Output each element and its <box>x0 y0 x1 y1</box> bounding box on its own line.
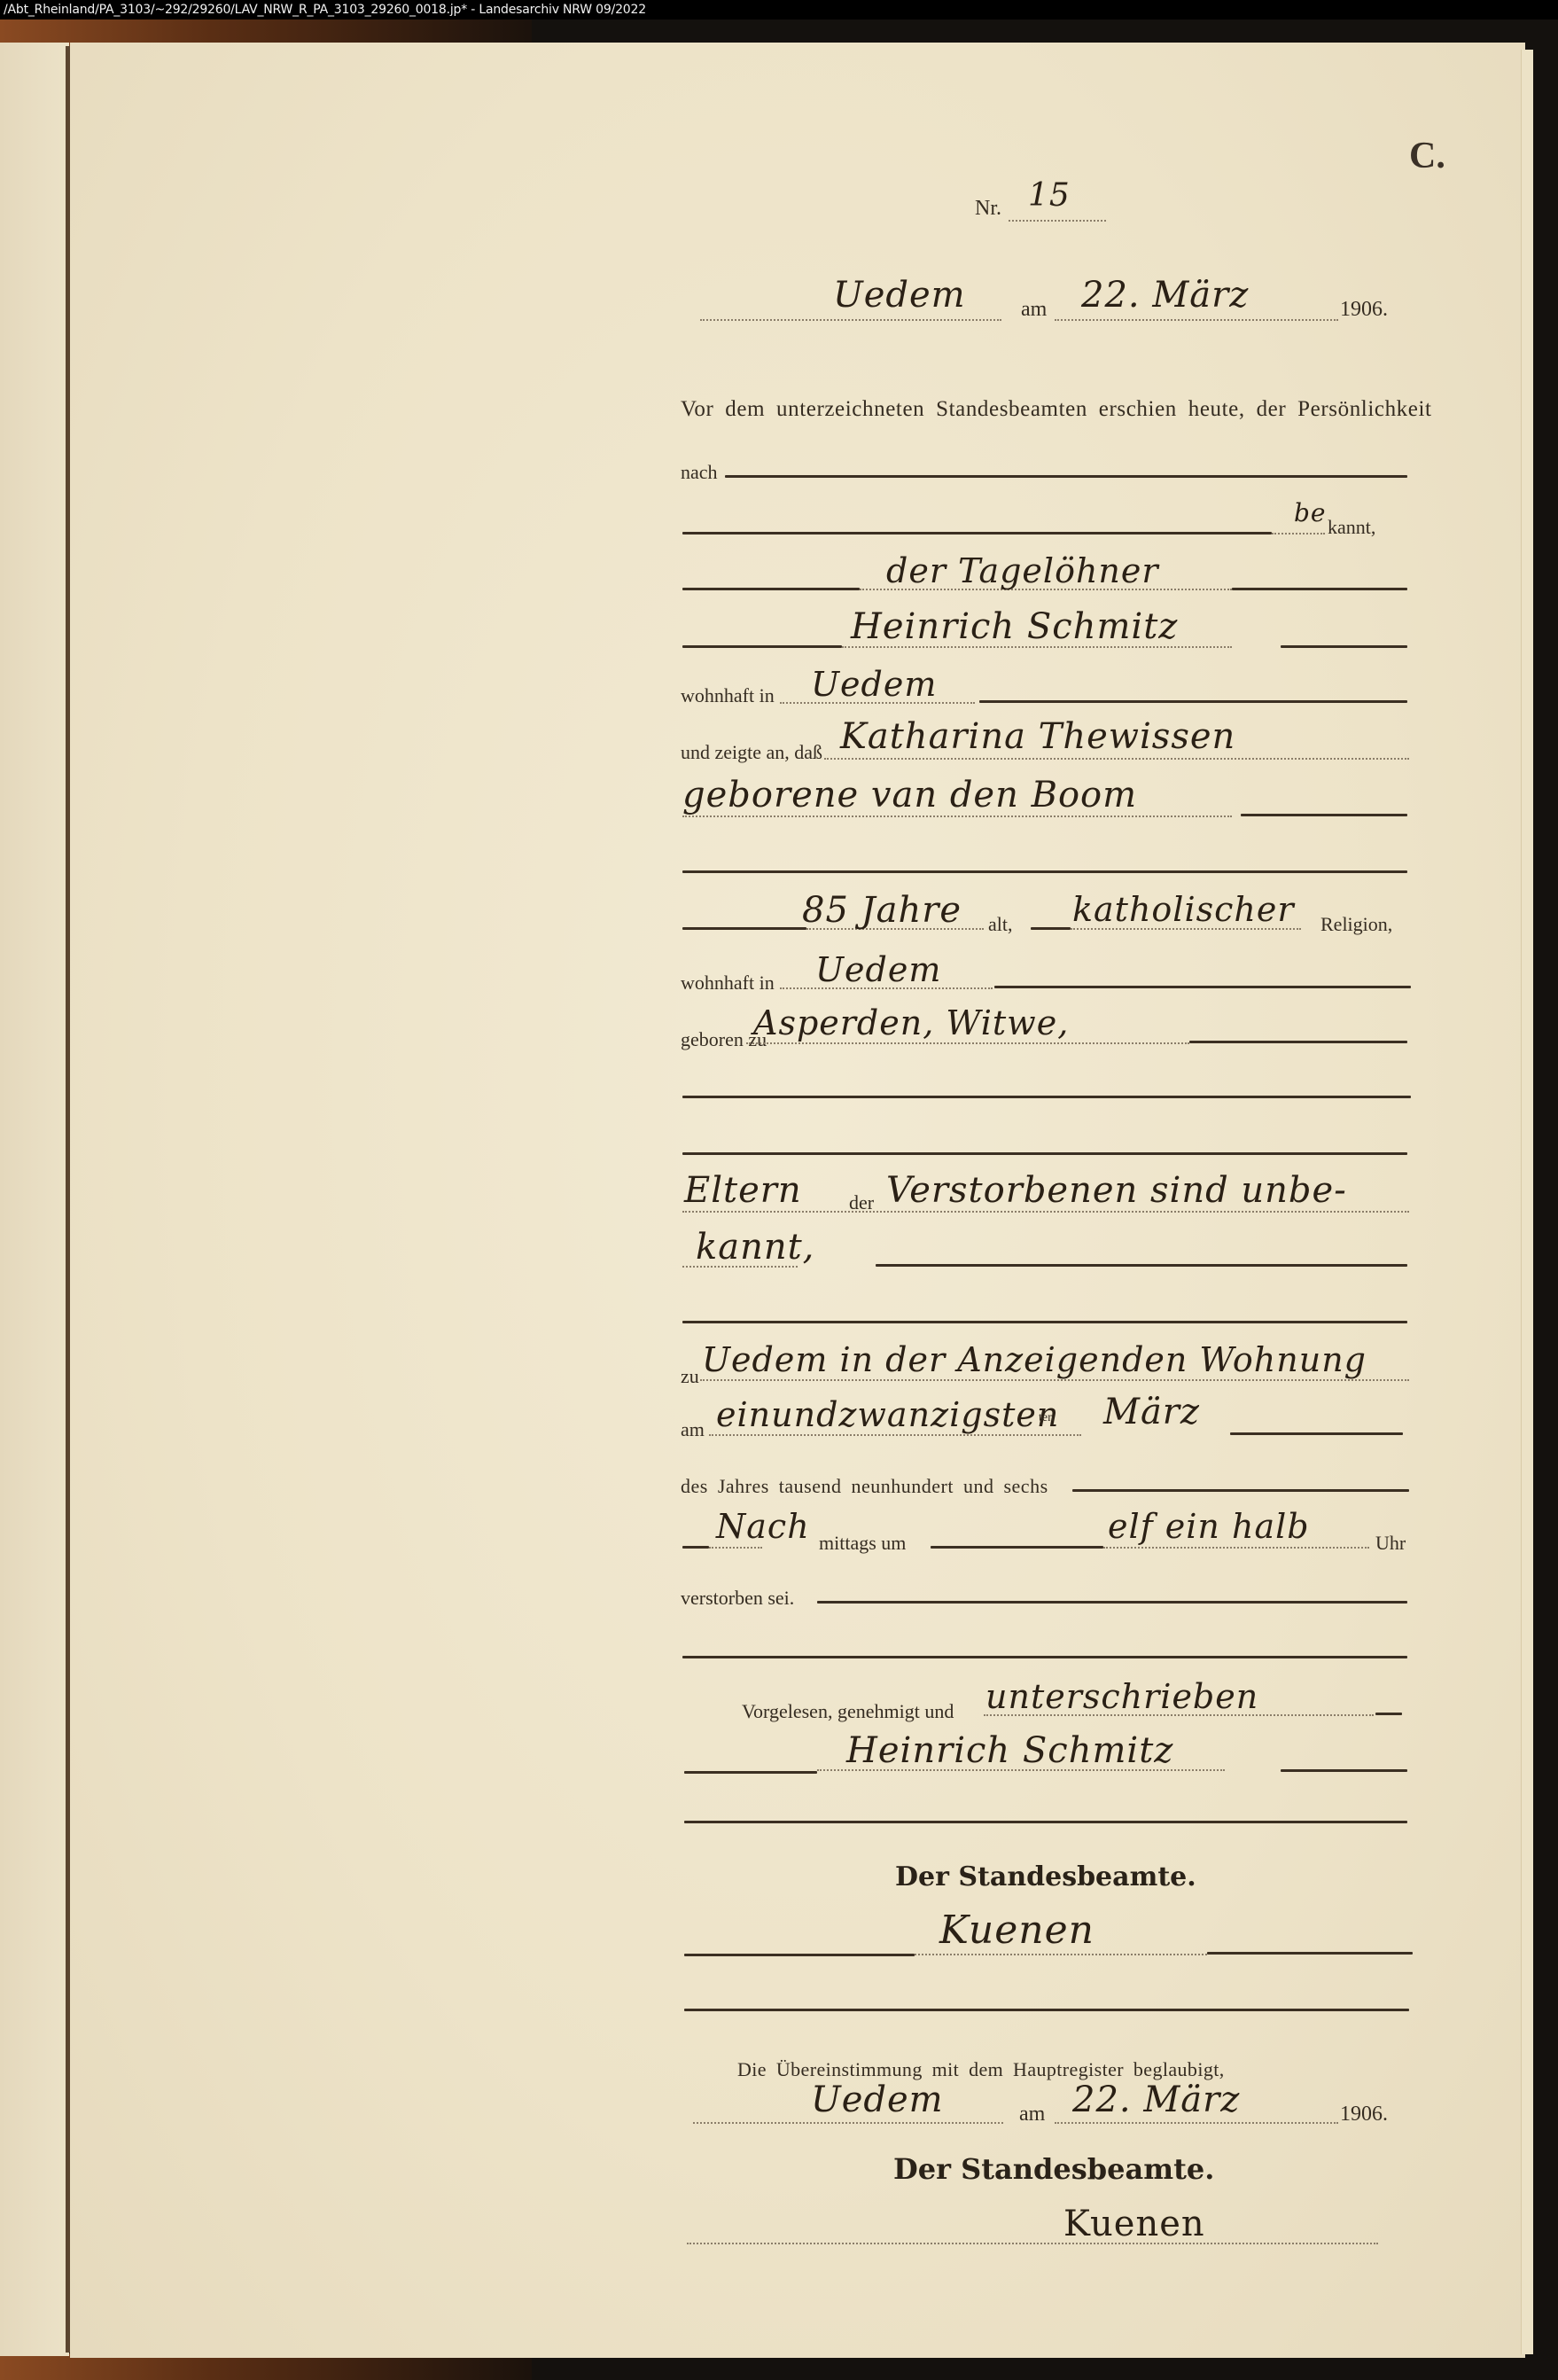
cert-signature-dotted <box>687 2243 1378 2244</box>
verstorben-label: verstorben sei. <box>681 1587 794 1610</box>
informant-line-right <box>1281 645 1407 648</box>
blank-line-4 <box>682 1321 1407 1323</box>
bekannt-dotted <box>1272 533 1325 535</box>
time-uhr-label: Uhr <box>1375 1532 1406 1555</box>
parents-line2: kannt, <box>696 1227 814 1268</box>
deceased-residence-value: Uedem <box>815 950 941 989</box>
death-day-value: einundzwanzigsten <box>716 1395 1059 1434</box>
cert-place: Uedem <box>811 2080 944 2120</box>
time-dotted-right <box>1103 1547 1369 1549</box>
cert-date-dotted <box>1055 2122 1338 2124</box>
occupation-line-left <box>682 588 860 590</box>
certification-text: Die Übereinstimmung mit dem Hauptregiste… <box>737 2058 1225 2081</box>
place-dotted-line <box>700 319 1001 321</box>
death-month: März <box>1103 1392 1200 1432</box>
time-line-left <box>682 1546 709 1549</box>
death-year-line <box>1072 1489 1409 1492</box>
parents-hand-b: Verstorbenen sind unbe- <box>886 1170 1347 1211</box>
approval-line <box>1375 1713 1402 1715</box>
number-value: 15 <box>1028 177 1071 214</box>
death-place-label: zu <box>681 1365 699 1388</box>
signature-line-left <box>684 1771 817 1774</box>
blank-line-1 <box>682 870 1407 873</box>
registrar-dotted <box>915 1954 1207 1955</box>
informant-signature: Heinrich Schmitz <box>846 1730 1173 1771</box>
date-value: 22. März <box>1081 275 1249 316</box>
bekannt-hand: be <box>1294 498 1327 527</box>
birthplace-line <box>1189 1041 1407 1043</box>
time-prefix: Nach <box>716 1507 810 1546</box>
birthname-dotted <box>682 815 1232 817</box>
number-label: Nr. <box>975 197 1001 221</box>
deceased-residence-line <box>994 986 1411 988</box>
birthname-line <box>1241 814 1407 816</box>
informant-residence-label: wohnhaft in <box>681 684 775 707</box>
time-value: elf ein halb <box>1108 1507 1310 1546</box>
death-day-suffix: ten <box>1039 1411 1054 1425</box>
am-label: am <box>1021 298 1047 322</box>
informant-residence-value: Uedem <box>811 665 937 704</box>
birthplace-value: Asperden, Witwe, <box>753 1003 1069 1042</box>
nach-line <box>725 475 1407 478</box>
parents-hand-a: Eltern <box>684 1170 802 1211</box>
signature-line-right <box>1281 1769 1407 1772</box>
announcement-label: und zeigte an, daß <box>681 741 822 764</box>
intro-text: Vor dem unterzeichneten Standesbeamten e… <box>681 397 1432 422</box>
window-title: /Abt_Rheinland/PA_3103/~292/29260/LAV_NR… <box>0 0 1558 20</box>
deceased-residence-label: wohnhaft in <box>681 972 775 995</box>
cert-registrar-heading: Der Standesbeamte. <box>893 2152 1214 2186</box>
religion-label: Religion, <box>1320 913 1392 936</box>
cert-year: 1906. <box>1340 2103 1388 2126</box>
informant-line-left <box>682 645 842 648</box>
informant-name: Heinrich Schmitz <box>851 606 1178 647</box>
page-stack-edge <box>1521 50 1533 2354</box>
death-day-line <box>1230 1432 1403 1435</box>
time-line-mid <box>931 1546 1103 1549</box>
time-dotted-left <box>709 1547 762 1549</box>
death-year-text: des Jahres tausend neunhundert und sechs <box>681 1475 1048 1498</box>
verstorben-line <box>817 1601 1407 1604</box>
announcement-dotted <box>824 758 1409 760</box>
bekannt-print: kannt, <box>1328 516 1375 539</box>
nach-label: nach <box>681 461 718 484</box>
registrar-heading: Der Standesbeamte. <box>895 1861 1196 1892</box>
year-value: 1906. <box>1340 298 1388 322</box>
approval-value: unterschrieben <box>985 1677 1258 1716</box>
age-value: 85 Jahre <box>802 890 962 931</box>
death-day-label: am <box>681 1418 705 1441</box>
registrar-signature: Kuenen <box>939 1908 1094 1953</box>
death-place-value: Uedem in der Anzeigenden Wohnung <box>702 1340 1367 1379</box>
blank-line-7 <box>684 2009 1409 2011</box>
registrar-line-right <box>1207 1952 1413 1955</box>
age-label: alt, <box>988 913 1013 936</box>
cert-signature: Kuenen <box>1063 2204 1205 2244</box>
religion-value: katholischer <box>1072 890 1295 929</box>
deceased-name: Katharina Thewissen <box>840 716 1235 757</box>
section-letter: C. <box>1409 135 1445 177</box>
registrar-line-left <box>684 1954 915 1956</box>
blank-line-3 <box>682 1152 1407 1155</box>
death-day-dotted <box>709 1434 1081 1436</box>
deceased-birthname: geborene van den Boom <box>682 775 1137 815</box>
birthplace-dotted <box>746 1042 1189 1044</box>
cert-date: 22. März <box>1072 2080 1240 2120</box>
date-dotted-line <box>1055 319 1338 321</box>
religion-line <box>1031 927 1071 930</box>
cert-am-label: am <box>1019 2103 1045 2126</box>
blank-line-6 <box>684 1821 1407 1823</box>
place-value: Uedem <box>833 275 966 316</box>
death-place-dotted <box>700 1379 1409 1381</box>
parents-line <box>876 1264 1407 1267</box>
informant-occupation: der Tagelöhner <box>886 551 1159 590</box>
informant-residence-line <box>979 700 1407 703</box>
occupation-line-right <box>1232 588 1407 590</box>
cert-place-dotted <box>693 2122 1003 2124</box>
parents-dotted-1 <box>682 1211 1409 1213</box>
book-gutter <box>66 46 70 2353</box>
blank-line-2 <box>682 1096 1411 1098</box>
approval-label: Vorgelesen, genehmigt und <box>742 1700 954 1723</box>
blank-line-5 <box>682 1656 1407 1658</box>
left-page-edge <box>0 43 69 2356</box>
number-dotted-line <box>1009 220 1106 222</box>
parents-print: der <box>849 1191 874 1214</box>
age-line <box>682 927 806 930</box>
time-mittags-label: mittags um <box>819 1532 906 1555</box>
bekannt-line <box>682 532 1272 535</box>
